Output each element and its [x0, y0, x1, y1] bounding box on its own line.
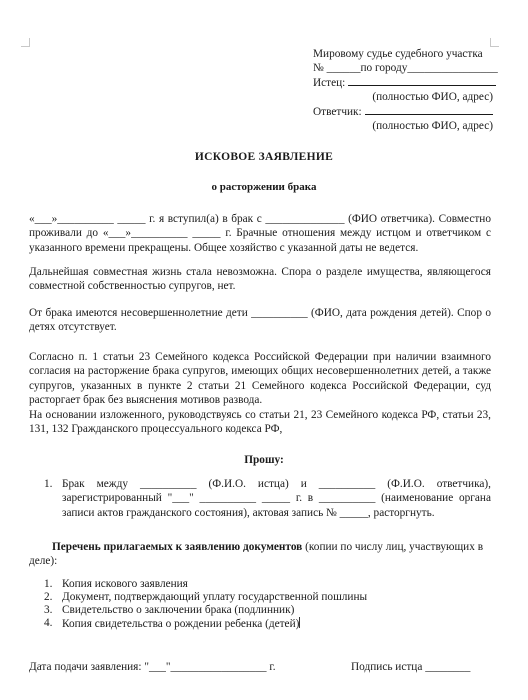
paragraph-no-property-dispute[interactable]: Дальнейшая совместная жизнь стала невозм… [29, 265, 491, 294]
attachments-heading: Перечень прилагаемых к заявлению докумен… [29, 540, 491, 569]
request-list: 1. Брак между __________ (Ф.И.О. истца) … [44, 477, 491, 520]
document-title: ИСКОВОЕ ЗАЯВЛЕНИЕ [0, 151, 528, 163]
paragraph-children[interactable]: От брака имеются несовершеннолетние дети… [29, 306, 491, 335]
list-number: 3. [44, 604, 52, 617]
plaintiff-label: Истец: [313, 77, 348, 89]
text-cursor [299, 617, 300, 628]
paragraph-marriage-facts[interactable]: «___»__________ _____ г. я вступил(а) в … [29, 212, 491, 255]
plaintiff-field[interactable] [348, 75, 496, 86]
list-item[interactable]: 3. Свидетельство о заключении брака (под… [44, 604, 491, 617]
list-item-text: Копия свидетельства о рождении ребенка (… [62, 618, 299, 630]
defendant-line: Ответчик: [313, 104, 495, 120]
plaintiff-hint: (полностью ФИО, адрес) [313, 91, 495, 105]
list-number: 1. [44, 477, 52, 491]
page-corner-mark [21, 38, 30, 47]
page-corner-mark [490, 38, 499, 47]
paragraph-legal-basis[interactable]: Согласно п. 1 статьи 23 Семейного кодекс… [29, 350, 491, 407]
attachments-heading-bold: Перечень прилагаемых к заявлению докумен… [52, 541, 302, 553]
list-item-text: Свидетельство о заключении брака (подлин… [62, 604, 294, 616]
defendant-hint: (полностью ФИО, адрес) [313, 120, 495, 134]
list-item-text: Документ, подтверждающий уплату государс… [62, 591, 367, 603]
list-item-text: Копия искового заявления [62, 578, 188, 590]
list-item[interactable]: 4. Копия свидетельства о рождении ребенк… [44, 617, 491, 631]
request-heading: Прошу: [0, 454, 528, 466]
filing-date-line[interactable]: Дата подачи заявления: "___"____________… [29, 661, 276, 673]
document-subtitle: о расторжении брака [0, 181, 528, 193]
attachments-list: 1. Копия искового заявления 2. Документ,… [44, 578, 491, 631]
defendant-label: Ответчик: [313, 106, 365, 118]
defendant-field[interactable] [365, 104, 493, 115]
list-item[interactable]: 1. Копия искового заявления [44, 578, 491, 591]
court-addressee: Мировому судье судебного участка [313, 48, 495, 62]
addressee-block: Мировому судье судебного участка № _____… [313, 48, 495, 133]
list-number: 2. [44, 591, 52, 604]
plaintiff-signature-line[interactable]: Подпись истца ________ [351, 661, 470, 673]
paragraph-grounds[interactable]: На основании изложенного, руководствуясь… [29, 408, 491, 437]
request-item[interactable]: 1. Брак между __________ (Ф.И.О. истца) … [44, 477, 491, 520]
request-item-text: Брак между __________ (Ф.И.О. истца) и _… [62, 478, 491, 519]
list-number: 4. [44, 617, 52, 630]
list-number: 1. [44, 578, 52, 591]
court-district-line[interactable]: № ______по городу________________ [313, 62, 495, 76]
list-item[interactable]: 2. Документ, подтверждающий уплату госуд… [44, 591, 491, 604]
plaintiff-line: Истец: [313, 75, 495, 91]
